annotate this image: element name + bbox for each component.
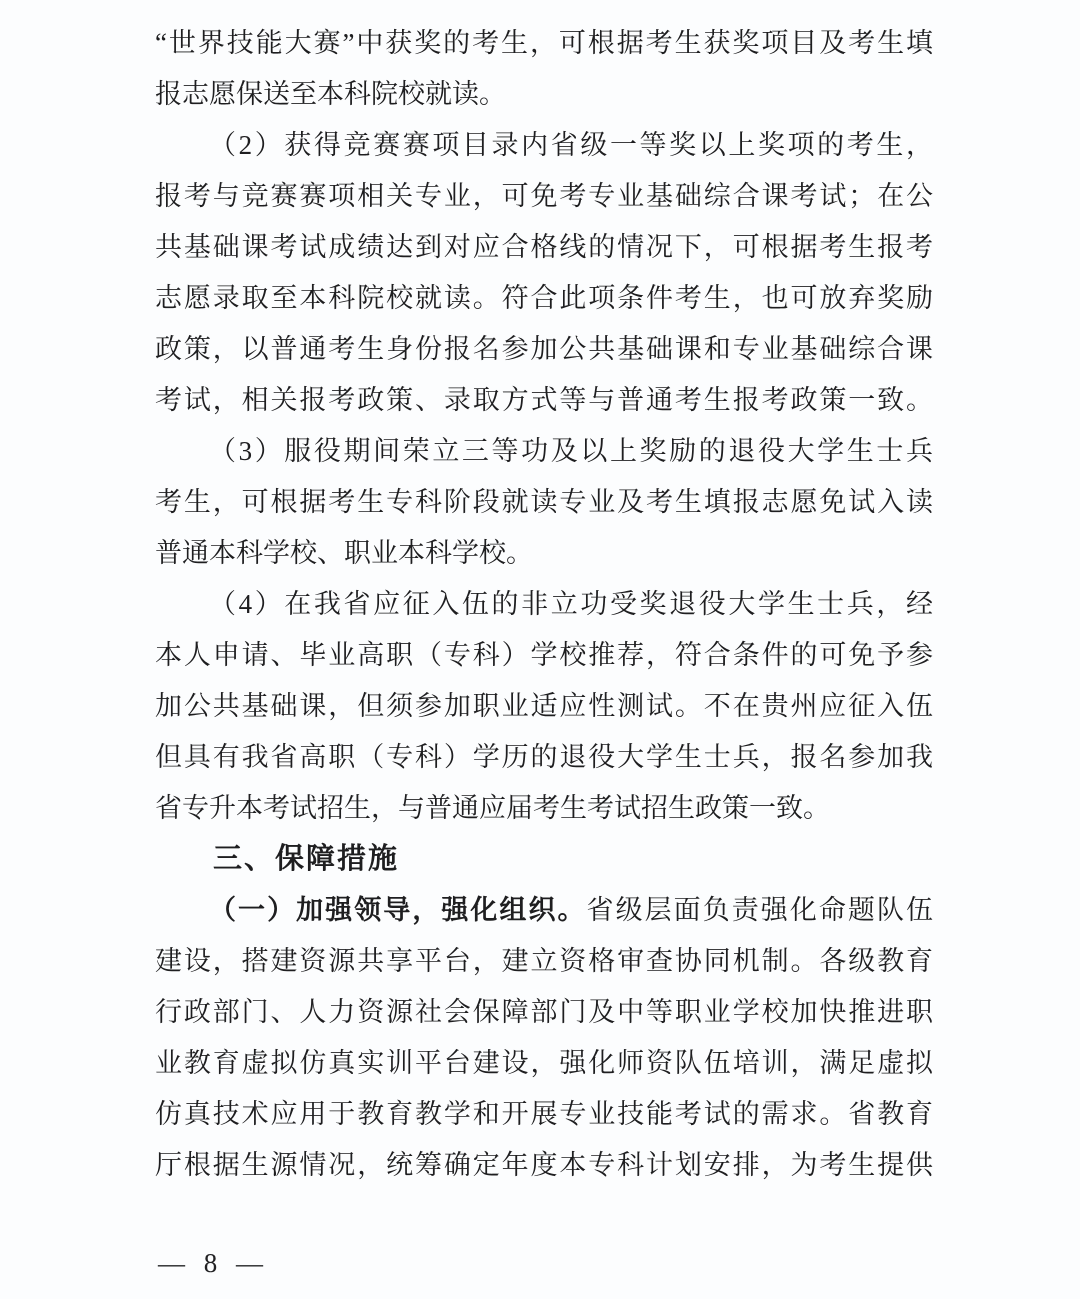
text-line: 业教育虚拟仿真实训平台建设，强化师资队伍培训，满足虚拟 (155, 1038, 933, 1089)
text-line: 共基础课考试成绩达到对应合格线的情况下，可根据考生报考 (155, 222, 933, 273)
paragraph-text: 省级层面负责强化命题队伍 (587, 895, 933, 925)
text-line: 加公共基础课，但须参加职业适应性测试。不在贵州应征入伍 (155, 681, 933, 732)
document-body: “世界技能大赛”中获奖的考生，可根据考生获奖项目及考生填报志愿保送至本科院校就读… (155, 18, 933, 1191)
text-line: 但具有我省高职（专科）学历的退役大学生士兵，报名参加我 (155, 732, 933, 783)
document-page: “世界技能大赛”中获奖的考生，可根据考生获奖项目及考生填报志愿保送至本科院校就读… (0, 0, 1080, 1299)
text-line: 本人申请、毕业高职（专科）学校推荐，符合条件的可免予参 (155, 630, 933, 681)
text-line: “世界技能大赛”中获奖的考生，可根据考生获奖项目及考生填 (155, 18, 933, 69)
text-line: （4）在我省应征入伍的非立功受奖退役大学生士兵，经 (155, 579, 933, 630)
paragraph-lead-bold: （一）加强领导，强化组织。 (209, 895, 587, 925)
text-line: 考生，可根据考生专科阶段就读专业及考生填报志愿免试入读 (155, 477, 933, 528)
text-line: 普通本科学校、职业本科学校。 (155, 528, 933, 579)
text-line: 建设，搭建资源共享平台，建立资格审查协同机制。各级教育 (155, 936, 933, 987)
text-line: 行政部门、人力资源社会保障部门及中等职业学校加快推进职 (155, 987, 933, 1038)
text-line: （3）服役期间荣立三等功及以上奖励的退役大学生士兵 (155, 426, 933, 477)
text-line: 报考与竞赛赛项相关专业，可免考专业基础综合课考试；在公 (155, 171, 933, 222)
text-line: 省专升本考试招生，与普通应届考生考试招生政策一致。 (155, 783, 933, 834)
text-line: 考试，相关报考政策、录取方式等与普通考生报考政策一致。 (155, 375, 933, 426)
section-heading: 三、保障措施 (155, 834, 933, 885)
text-line: 报志愿保送至本科院校就读。 (155, 69, 933, 120)
page-number: — 8 — (158, 1248, 269, 1279)
text-line: （一）加强领导，强化组织。省级层面负责强化命题队伍 (155, 885, 933, 936)
text-line: 厅根据生源情况，统筹确定年度本专科计划安排，为考生提供 (155, 1140, 933, 1191)
text-line: 志愿录取至本科院校就读。符合此项条件考生，也可放弃奖励 (155, 273, 933, 324)
text-line: 仿真技术应用于教育教学和开展专业技能考试的需求。省教育 (155, 1089, 933, 1140)
text-line: 政策，以普通考生身份报名参加公共基础课和专业基础综合课 (155, 324, 933, 375)
text-line: （2）获得竞赛赛项目录内省级一等奖以上奖项的考生， (155, 120, 933, 171)
